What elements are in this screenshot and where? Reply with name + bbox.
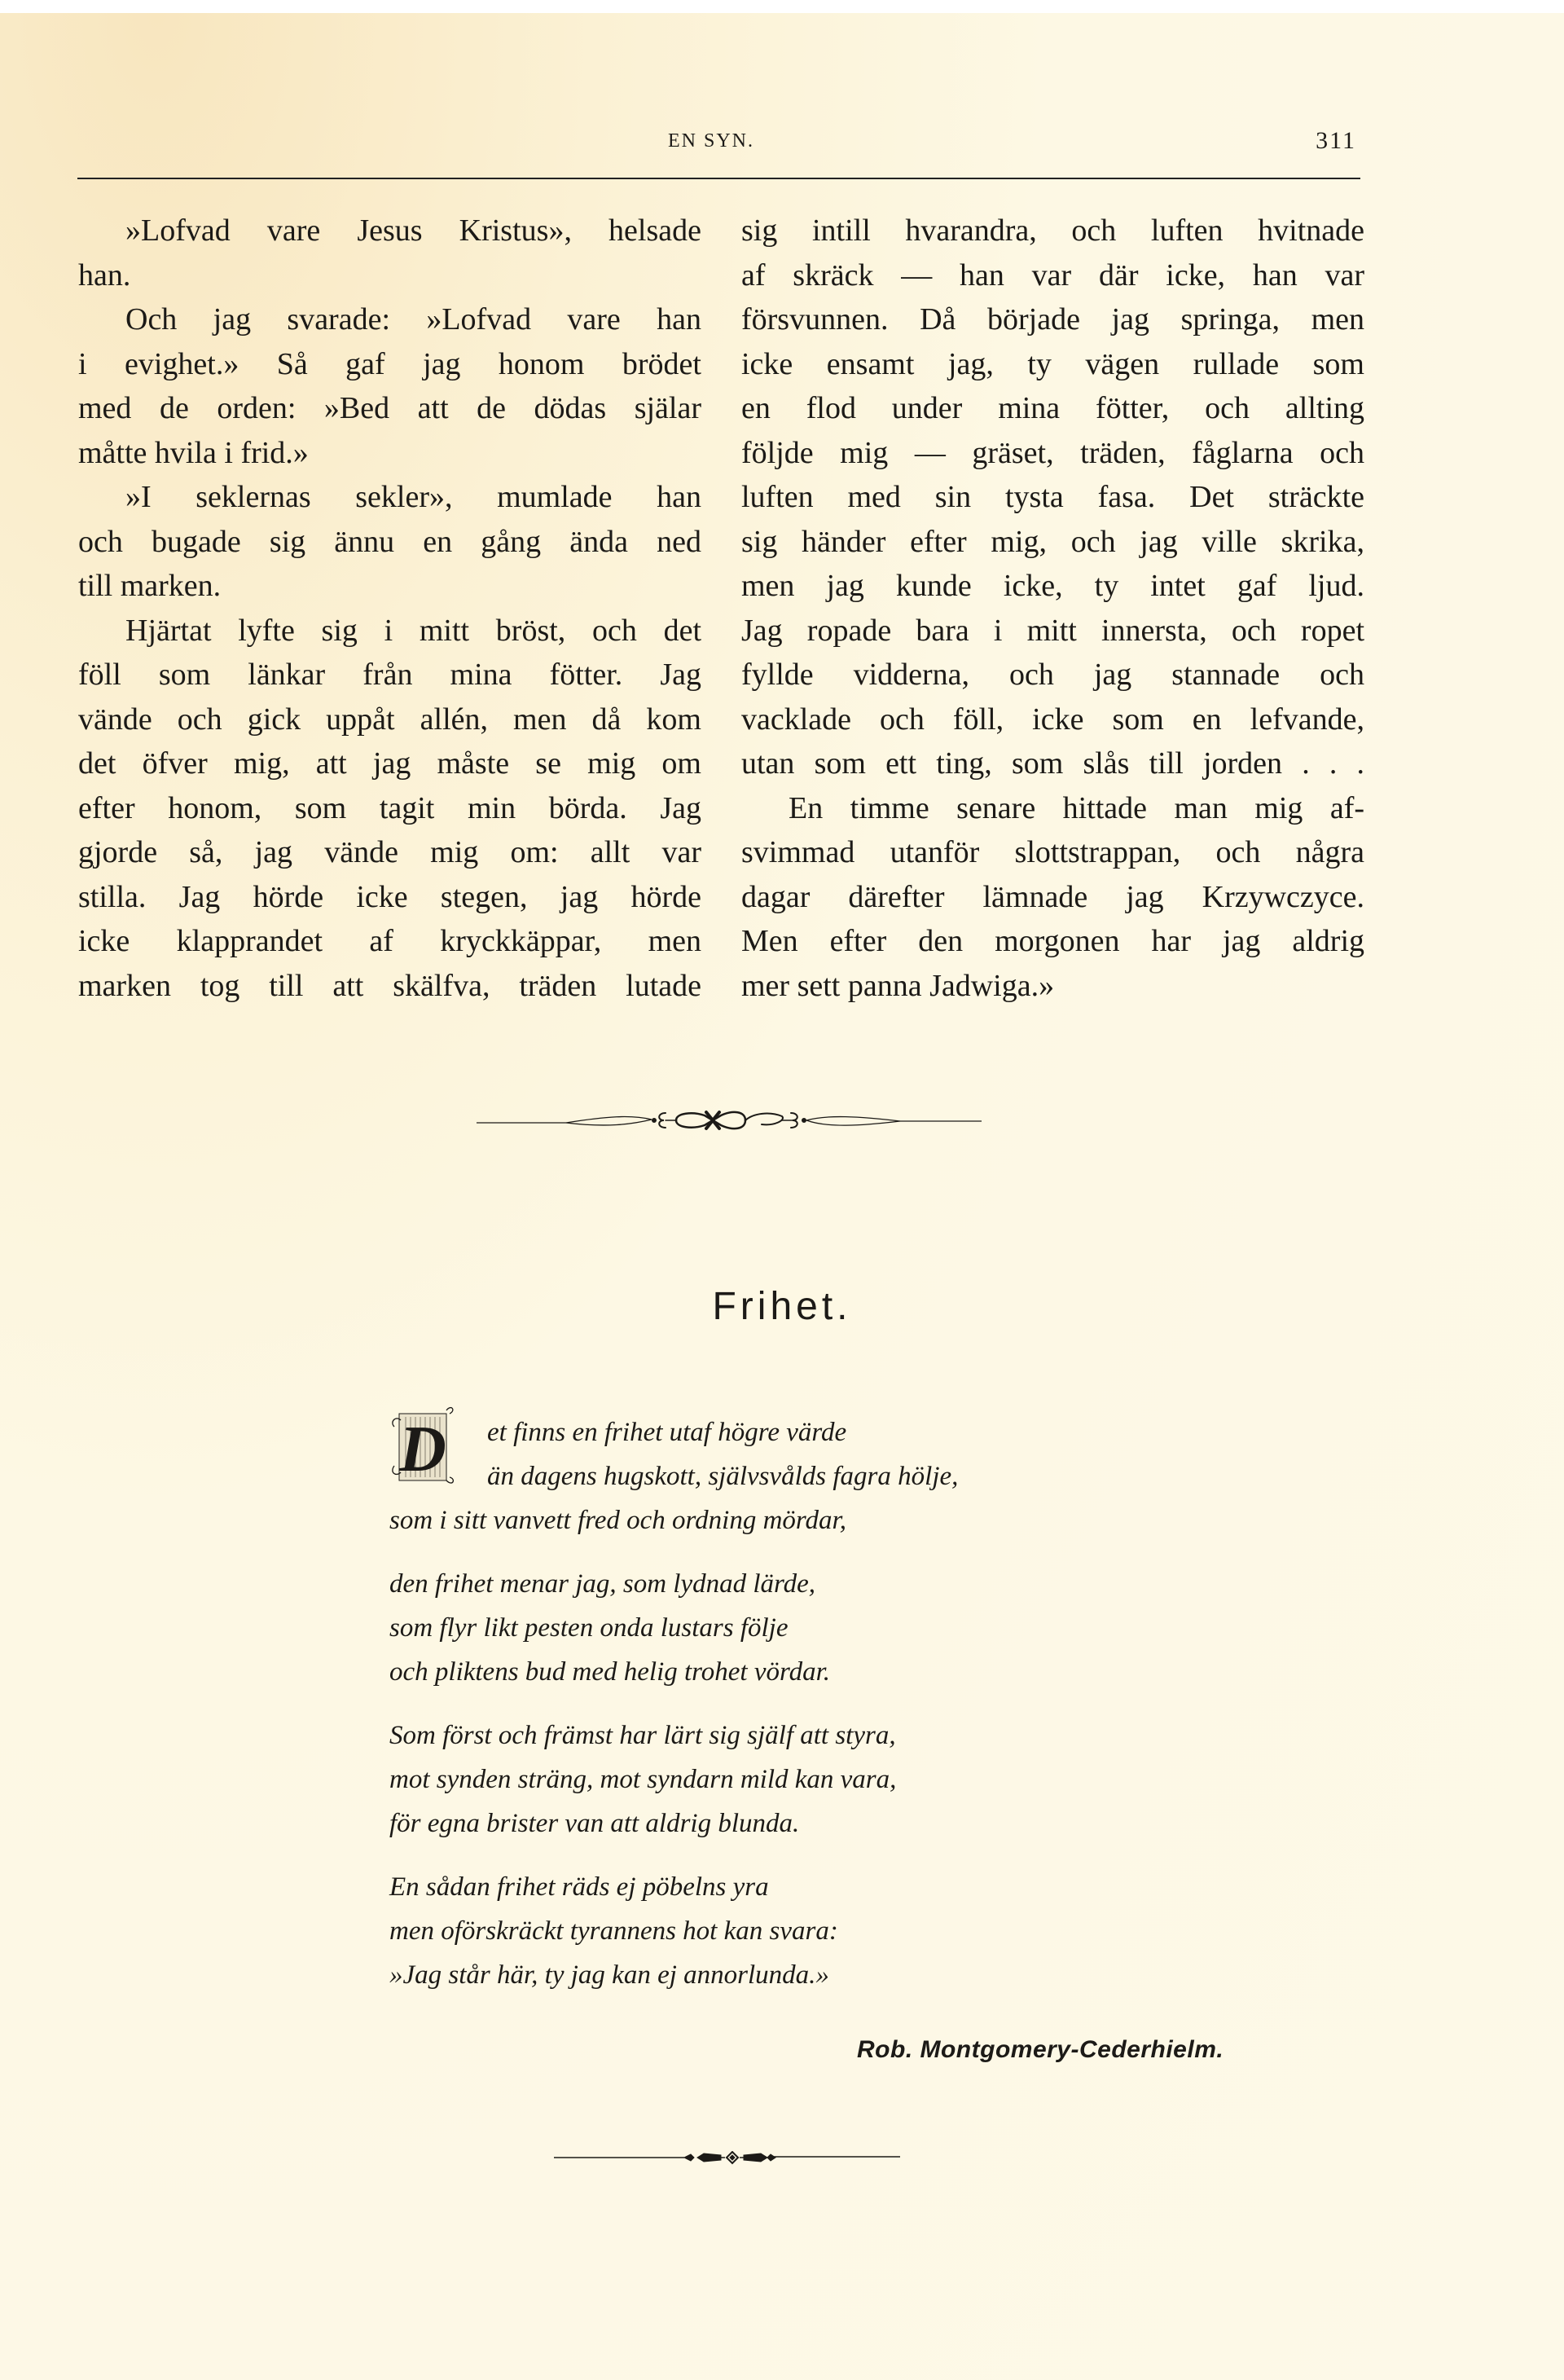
book-page: EN SYN. 311 »Lofvad vare Jesus Kristus»,… <box>0 13 1564 2380</box>
text-line: följde mig — gräset, träden, fåglarna oc… <box>741 431 1364 476</box>
flourish-ornament-icon <box>477 1105 982 1137</box>
text-line: sig intill hvarandra, och luften hvitnad… <box>741 209 1364 253</box>
text-line: en flod under mina fötter, och allting <box>741 386 1364 431</box>
paragraph: En timme senare hittade man mig af- svim… <box>741 786 1364 1009</box>
text-line: gjorde så, jag vände mig om: allt var <box>78 830 701 875</box>
scan-top-margin <box>0 0 1564 13</box>
paragraph: »I seklernas sekler», mumlade han och bu… <box>78 475 701 609</box>
text-line: »Lofvad vare Jesus Kristus», helsade <box>78 209 701 253</box>
text-line: dagar därefter lämnade jag Krzywczyce. <box>741 875 1364 920</box>
running-head: EN SYN. 311 <box>77 127 1356 168</box>
poem-stanza: den frihet menar jag, som lydnad lärde, … <box>389 1562 1122 1694</box>
text-line: luften med sin tysta fasa. Det sträckte <box>741 475 1364 520</box>
paragraph: »Lofvad vare Jesus Kristus», helsade han… <box>78 209 701 297</box>
text-line: Hjärtat lyfte sig i mitt bröst, och det <box>78 609 701 653</box>
text-line: föll som länkar från mina fötter. Jag <box>78 653 701 697</box>
ornamental-drop-cap-icon: D <box>389 1402 456 1490</box>
text-line: mer sett panna Jadwiga.» <box>741 964 1364 1009</box>
poem-verse: som flyr likt pesten onda lustars följe <box>389 1606 1122 1650</box>
paragraph: sig intill hvarandra, och luften hvitnad… <box>741 209 1364 786</box>
poem-verse: den frihet menar jag, som lydnad lärde, <box>389 1562 1122 1606</box>
poem-verse: som i sitt vanvett fred och ordning mörd… <box>389 1498 1122 1542</box>
text-line: vacklade och föll, icke som en lefvande, <box>741 697 1364 742</box>
text-line: marken tog till att skälfva, träden luta… <box>78 964 701 1009</box>
diamond-ornament-icon <box>554 2151 900 2167</box>
poem-stanza: En sådan frihet räds ej pöbelns yra men … <box>389 1865 1122 1997</box>
text-column-left: »Lofvad vare Jesus Kristus», helsade han… <box>78 209 701 1008</box>
poem: D et finns en frihet utaf högre värde än… <box>389 1410 1122 2017</box>
paragraph: Och jag svarade: »Lofvad vare han i evig… <box>78 297 701 475</box>
header-rule <box>77 178 1360 179</box>
text-line: i evighet.» Så gaf jag honom brödet <box>78 342 701 387</box>
poem-verse: En sådan frihet räds ej pöbelns yra <box>389 1865 1122 1909</box>
poem-verse: men oförskräckt tyrannens hot kan svara: <box>389 1909 1122 1953</box>
text-line: sig händer efter mig, och jag ville skri… <box>741 520 1364 565</box>
text-line: försvunnen. Då började jag springa, men <box>741 297 1364 342</box>
text-line: måtte hvila i frid.» <box>78 431 701 476</box>
text-line: han. <box>78 253 701 298</box>
text-line: det öfver mig, att jag måste se mig om <box>78 741 701 786</box>
text-line: af skräck — han var där icke, han var <box>741 253 1364 298</box>
poem-verse: än dagens hugskott, självsvålds fagra hö… <box>389 1454 1122 1498</box>
text-line: utan som ett ting, som slås till jorden … <box>741 741 1364 786</box>
poem-verse: för egna brister van att aldrig blunda. <box>389 1801 1122 1845</box>
text-line: stilla. Jag hörde icke stegen, jag hörde <box>78 875 701 920</box>
text-line: icke ensamt jag, ty vägen rullade som <box>741 342 1364 387</box>
poem-stanza: Som först och främst har lärt sig själf … <box>389 1714 1122 1845</box>
poem-verse: et finns en frihet utaf högre värde <box>389 1410 1122 1454</box>
text-column-right: sig intill hvarandra, och luften hvitnad… <box>741 209 1364 1008</box>
poem-title: Frihet. <box>0 1284 1564 1329</box>
text-line: Men efter den morgonen har jag aldrig <box>741 919 1364 964</box>
text-line: med de orden: »Bed att de dödas själar <box>78 386 701 431</box>
page-number: 311 <box>1316 127 1356 155</box>
text-line: Jag ropade bara i mitt innersta, och rop… <box>741 609 1364 653</box>
svg-text:D: D <box>398 1414 446 1485</box>
running-title: EN SYN. <box>668 130 754 152</box>
text-line: fyllde vidderna, och jag stannade och <box>741 653 1364 697</box>
poem-verse: Som först och främst har lärt sig själf … <box>389 1714 1122 1758</box>
text-line: men jag kunde icke, ty intet gaf ljud. <box>741 564 1364 609</box>
text-line: och bugade sig ännu en gång ända ned <box>78 520 701 565</box>
text-line: icke klapprandet af kryckkäppar, men <box>78 919 701 964</box>
poem-verse: »Jag står här, ty jag kan ej annorlunda.… <box>389 1953 1122 1997</box>
poem-verse: och pliktens bud med helig trohet vördar… <box>389 1650 1122 1694</box>
paragraph: Hjärtat lyfte sig i mitt bröst, och det … <box>78 609 701 1009</box>
text-line: En timme senare hittade man mig af- <box>741 786 1364 831</box>
text-line: svimmad utanför slottstrappan, och några <box>741 830 1364 875</box>
text-line: vände och gick uppåt allén, men då kom <box>78 697 701 742</box>
poem-verse: mot synden sträng, mot syndarn mild kan … <box>389 1758 1122 1801</box>
text-line: efter honom, som tagit min börda. Jag <box>78 786 701 831</box>
text-line: »I seklernas sekler», mumlade han <box>78 475 701 520</box>
text-line: till marken. <box>78 564 701 609</box>
poem-stanza: et finns en frihet utaf högre värde än d… <box>389 1410 1122 1542</box>
text-line: Och jag svarade: »Lofvad vare han <box>78 297 701 342</box>
author-signature: Rob. Montgomery-Cederhielm. <box>857 2036 1224 2064</box>
